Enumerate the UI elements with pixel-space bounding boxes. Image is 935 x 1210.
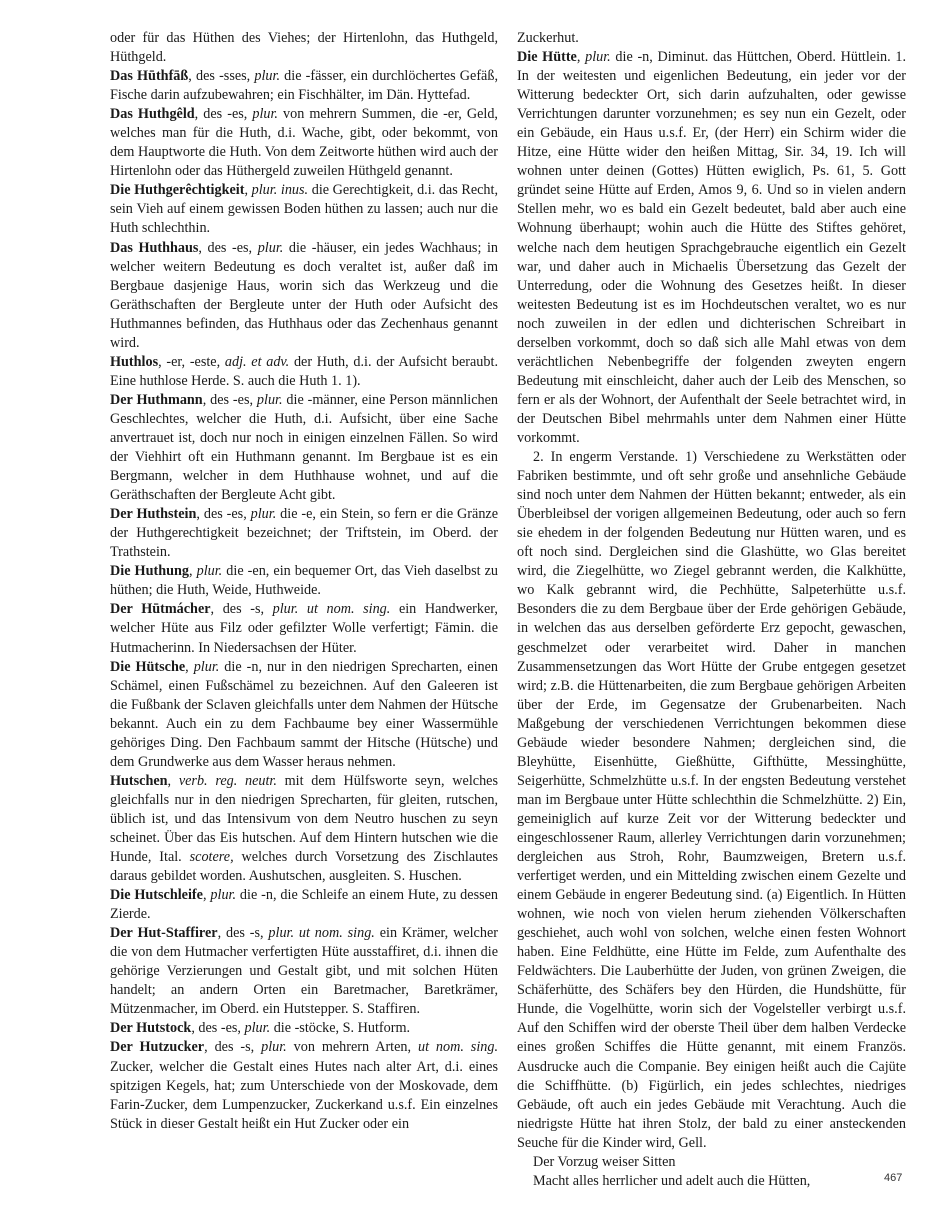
entry-text: , des -es,: [203, 392, 257, 408]
entry-text: die -n, Diminut. das Hüttchen, Oberd. Hü…: [517, 49, 906, 446]
entry-text: , des -es,: [198, 240, 257, 256]
dictionary-entry: Der Hutstock, des -es, plur. die -stöcke…: [110, 1019, 498, 1038]
headword: Die Hutschleife: [110, 887, 203, 903]
dictionary-entry: Der Huthmann, des -es, plur. die -männer…: [110, 391, 498, 505]
entry-text: , des -sses,: [188, 68, 254, 84]
entry-text: die -häuser, ein jedes Wachhaus; in welc…: [110, 240, 498, 351]
page-number: 467: [884, 1172, 902, 1184]
grammar-note: plur.: [251, 506, 277, 522]
dictionary-entry: Das Hūthfāß, des -sses, plur. die -fässe…: [110, 67, 498, 105]
headword: Der Hutzucker: [110, 1039, 204, 1055]
dictionary-entry: Der Hūtmácher, des -s, plur. ut nom. sin…: [110, 600, 498, 657]
right-column: Zuckerhut.Die Hütte, plur. die -n, Dimin…: [517, 29, 906, 1191]
entry-text: Zucker, welcher die Gestalt eines Hutes …: [110, 1059, 498, 1132]
grammar-note: plur. inus.: [252, 182, 308, 198]
entry-text: von mehrern Arten,: [287, 1039, 418, 1055]
grammar-note: plur. ut nom. sing.: [268, 925, 374, 941]
grammar-note: ut nom. sing.: [418, 1039, 498, 1055]
entry-text: ,: [577, 49, 585, 65]
verse-line: Der Vorzug weiser Sitten: [517, 1153, 906, 1172]
headword: Die Hütsche: [110, 659, 185, 675]
grammar-note: plur.: [210, 887, 236, 903]
entry-text: ,: [244, 182, 251, 198]
left-column: oder für das Hüthen des Viehes; der Hirt…: [110, 29, 498, 1134]
headword: Die Huthgerêchtigkeit: [110, 182, 244, 198]
entry-text: die -stöcke, S. Hutform.: [270, 1020, 410, 1036]
dictionary-entry: Der Hutzucker, des -s, plur. von mehrern…: [110, 1038, 498, 1133]
entry-text: , des -s,: [218, 925, 269, 941]
dictionary-entry: Die Hütsche, plur. die -n, nur in den ni…: [110, 658, 498, 772]
dictionary-entry: Das Huthgêld, des -es, plur. von mehrern…: [110, 105, 498, 181]
verse-line: Macht alles herrlicher und adelt auch di…: [517, 1172, 906, 1191]
grammar-note: plur. ut nom. sing.: [273, 601, 391, 617]
entry-text: Zuckerhut.: [517, 30, 579, 46]
grammar-note: plur.: [261, 1039, 287, 1055]
dictionary-entry: Die Huthung, plur. die -en, ein bequemer…: [110, 562, 498, 600]
headword: Die Huthung: [110, 563, 189, 579]
grammar-note: plur.: [585, 49, 611, 65]
grammar-note: plur.: [254, 68, 280, 84]
headword: Der Hūtmácher: [110, 601, 211, 617]
headword: Der Huthstein: [110, 506, 196, 522]
entry-text: ,: [189, 563, 197, 579]
grammar-note: verb. reg. neutr.: [179, 773, 277, 789]
entry-text: , -er, -este,: [158, 354, 225, 370]
headword: Der Huthmann: [110, 392, 203, 408]
dictionary-entry: 2. In engerm Verstande. 1) Verschiedene …: [517, 448, 906, 1153]
headword: Huthlos: [110, 354, 158, 370]
dictionary-entry: Zuckerhut.: [517, 29, 906, 48]
headword: Hutschen: [110, 773, 168, 789]
headword: Das Hūthfāß: [110, 68, 188, 84]
headword: Die Hütte: [517, 49, 577, 65]
entry-text: die -männer, eine Person männlichen Gesc…: [110, 392, 498, 503]
headword: Das Huthhaus: [110, 240, 198, 256]
dictionary-entry: Die Hutschleife, plur. die -n, die Schle…: [110, 886, 498, 924]
entry-text: ,: [185, 659, 194, 675]
right-column-entries: Zuckerhut.Die Hütte, plur. die -n, Dimin…: [517, 29, 906, 1153]
entry-text: oder für das Hüthen des Viehes; der Hirt…: [110, 30, 498, 65]
grammar-note: adj. et adv.: [225, 354, 289, 370]
dictionary-entry: Hutschen, verb. reg. neutr. mit dem Hülf…: [110, 772, 498, 886]
grammar-note: plur.: [194, 659, 220, 675]
headword: Der Hutstock: [110, 1020, 191, 1036]
entry-text: , des -es,: [191, 1020, 244, 1036]
entry-text: , des -es,: [196, 506, 250, 522]
dictionary-entry: Huthlos, -er, -este, adj. et adv. der Hu…: [110, 353, 498, 391]
dictionary-entry: Der Huthstein, des -es, plur. die -e, ei…: [110, 505, 498, 562]
grammar-note: plur.: [257, 392, 283, 408]
grammar-note: plur.: [197, 563, 223, 579]
dictionary-entry: Die Huthgerêchtigkeit, plur. inus. die G…: [110, 181, 498, 238]
grammar-note: plur.: [258, 240, 284, 256]
entry-text: die -n, nur in den niedrigen Sprecharten…: [110, 659, 498, 770]
entry-text: , des -es,: [195, 106, 253, 122]
entry-text: , des -s,: [211, 601, 273, 617]
entry-text: 2. In engerm Verstande. 1) Verschiedene …: [517, 449, 906, 1151]
headword: Der Hut-Staffirer: [110, 925, 218, 941]
entry-text: ,: [168, 773, 179, 789]
grammar-note: plur.: [245, 1020, 271, 1036]
grammar-note: plur.: [252, 106, 278, 122]
dictionary-entry: Das Huthhaus, des -es, plur. die -häuser…: [110, 239, 498, 353]
grammar-note: scotere,: [190, 849, 234, 865]
headword: Das Huthgêld: [110, 106, 195, 122]
entry-text: , des -s,: [204, 1039, 261, 1055]
dictionary-entry: Der Hut-Staffirer, des -s, plur. ut nom.…: [110, 924, 498, 1019]
dictionary-entry: Die Hütte, plur. die -n, Diminut. das Hü…: [517, 48, 906, 448]
dictionary-entry: oder für das Hüthen des Viehes; der Hirt…: [110, 29, 498, 67]
